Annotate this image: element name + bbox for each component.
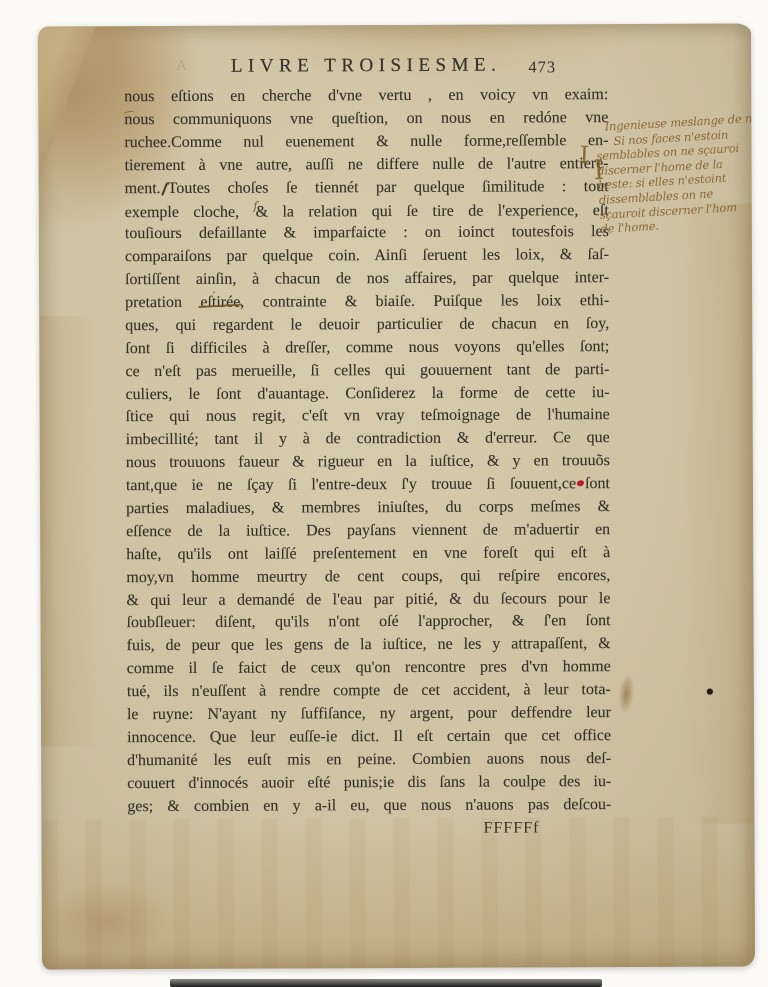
ink-smudge <box>617 673 636 714</box>
text-segment: eſtirée <box>200 294 240 311</box>
text-line: nous eſtions en cherche d'vne vertu , en… <box>124 84 608 109</box>
text-line: comme il ſe faict de ceux qu'on rencontr… <box>127 656 611 681</box>
text-line: nous trouuons faueur & rigueur en la iuſ… <box>126 450 610 475</box>
text-segment: n <box>124 111 132 128</box>
text-line: tué, ils n'euſſent à rendre compte de ce… <box>127 679 611 704</box>
insertion-mark-in-text: I <box>579 141 590 169</box>
struck-word: eſtiréedeſtournée <box>200 292 240 315</box>
text-line: couuert d'innocés auoir eſté punis;ie di… <box>127 771 611 796</box>
catchword: FFFFFf <box>127 817 611 842</box>
text-column: A LIVRE TROISIESME. 473 nous eſtions en … <box>124 54 611 841</box>
pen-stroke-initial: n <box>124 109 132 132</box>
text-line: eſſence de la iuſtice. Des payſans vienn… <box>126 519 610 544</box>
text-segment: tant,que ie ne ſçay ſi l'entre-deux ſ'y … <box>126 475 576 494</box>
text-line: pretation eſtiréedeſtournée, contrainte … <box>125 290 609 315</box>
text-line: parties maladiues, & membres iniuſtes, d… <box>126 496 610 521</box>
text-line: exemple cloche, ſ& la relation qui ſe ti… <box>125 199 609 224</box>
text-line: & qui leur a demandé de l'eau par pitié,… <box>126 588 610 613</box>
text-line: d'humanité les euſt mis en peine. Combie… <box>127 748 611 773</box>
text-line: ruchee.Comme nul euenement & nulle forme… <box>124 130 608 155</box>
running-header: A LIVRE TROISIESME. 473 <box>124 54 608 82</box>
text-segment: & la relation qui ſe tire de l'experienc… <box>256 203 609 222</box>
text-line: ges; & combien en y a-il eu, que nous n'… <box>127 794 611 819</box>
text-segment: Toutes choſes ſe tiennét par quelque ſim… <box>168 178 609 197</box>
text-segment: ment. <box>125 180 161 197</box>
paper-stain-right <box>682 203 755 823</box>
text-line: ſtice qui nous regit, c'eſt vn vray teſm… <box>126 405 610 430</box>
text-line: ment.Toutes choſes ſe tiennét par quelqu… <box>125 176 609 201</box>
text-line: le ruyne: N'ayant ny ſuffiſance, ny arge… <box>127 702 611 727</box>
handwritten-margin-note: Ingenieuse meslange de nat Si nos faces … <box>594 107 755 237</box>
folded-corner <box>38 26 97 176</box>
text-line: ques, qui regardent le deuoir particulie… <box>125 313 609 338</box>
text-segment: , contrainte & biaiſe. Puiſque les loix … <box>240 292 609 311</box>
book-page: A LIVRE TROISIESME. 473 nous eſtions en … <box>38 23 755 969</box>
text-line: ſortiſſent ainſin, à chacun de nos affai… <box>125 267 609 292</box>
text-line: ce n'eſt pas merueille, ſi celles qui go… <box>125 359 609 384</box>
text-line: innocence. Que leur euſſe-ie dict. Il eſ… <box>127 725 611 750</box>
wormhole-dot <box>707 689 713 695</box>
text-line: tant,que ie ne ſçay ſi l'entre-deux ſ'y … <box>126 473 610 498</box>
book-block-edge <box>170 979 602 987</box>
text-line: culiers, le ſont d'auantage. Conſiderez … <box>126 382 610 407</box>
text-segment: ſont <box>585 475 610 492</box>
paper-stain-bottom-left <box>48 881 168 962</box>
red-ink-dot <box>577 480 584 486</box>
text-line: comparaiſons par quelque coin. Ainſi ſer… <box>125 244 609 269</box>
text-line: fuis, de peur que les gens de la iuſtice… <box>127 633 611 658</box>
text-line: tierement à vne autre, auſſi ne differe … <box>125 153 609 178</box>
page-number: 473 <box>528 57 556 77</box>
text-line: moy,vn homme meurtry de cent coups, qui … <box>126 565 610 590</box>
text-segment: ous communiquons vne queſtion, on nous e… <box>132 109 608 128</box>
text-line: imbecillité; tant il y à de contradictio… <box>126 427 610 452</box>
text-line: ſoubſleuer: diſent, qu'ils n'ont oſé l'a… <box>127 611 611 636</box>
text-line: haſte, qu'ils ont laiſſé preſentement en… <box>126 542 610 567</box>
text-segment: exemple cloche, <box>125 204 254 222</box>
text-segment: pretation <box>125 294 200 311</box>
paper-stain-left <box>39 316 101 746</box>
body-text: nous eſtions en cherche d'vne vertu , en… <box>124 84 611 841</box>
text-line: touſiours defaillante & imparfaicte : on… <box>125 221 609 246</box>
text-line: ſont ſi difficiles à dreſſer, comme nous… <box>125 336 609 361</box>
text-line: nous communiquons vne queſtion, on nous … <box>124 107 608 132</box>
